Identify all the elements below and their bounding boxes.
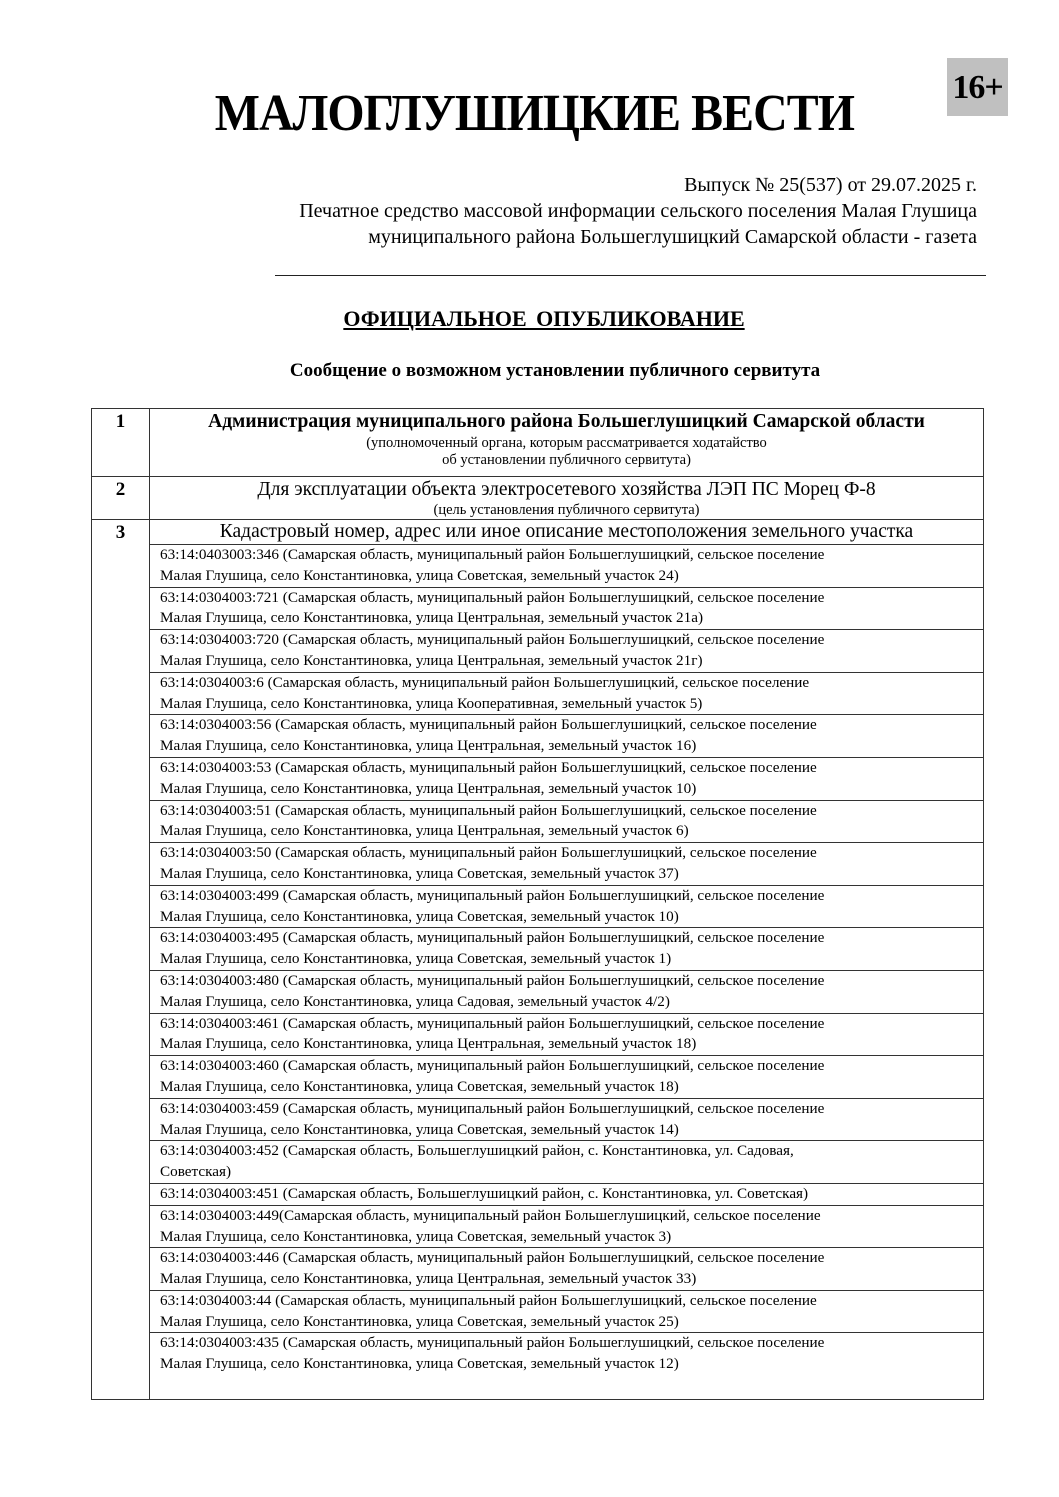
parcel-line-1: 63:14:0304003:6 (Самарская область, муни… xyxy=(160,673,983,694)
parcel-line-1: 63:14:0304003:44 (Самарская область, мун… xyxy=(160,1291,983,1312)
parcel-line-1: 63:14:0304003:460 (Самарская область, му… xyxy=(160,1056,983,1077)
parcel-line-1: 63:14:0304003:480 (Самарская область, му… xyxy=(160,971,983,992)
parcel-row: 63:14:0304003:449(Самарская область, мун… xyxy=(150,1206,983,1249)
table-row-purpose: 2 Для эксплуатации объекта электросетево… xyxy=(92,477,984,520)
notice-title: Сообщение о возможном установлении публи… xyxy=(0,360,1059,382)
parcel-line-1: 63:14:0304003:50 (Самарская область, мун… xyxy=(160,843,983,864)
parcel-line-2: Малая Глушица, село Константиновка, улиц… xyxy=(160,907,983,928)
parcel-line-2: Малая Глушица, село Константиновка, улиц… xyxy=(160,1312,983,1333)
authority-cell: Администрация муниципального района Боль… xyxy=(150,409,984,477)
parcels-header: Кадастровый номер, адрес или иное описан… xyxy=(150,520,983,545)
masthead-title: МАЛОГЛУШИЦКИЕ ВЕСТИ xyxy=(215,82,854,146)
issue-info: Выпуск № 25(537) от 29.07.2025 г. Печатн… xyxy=(299,172,977,250)
authority-note-2: об установлении публичного сервитута) xyxy=(150,452,983,469)
parcel-line-1: 63:14:0304003:452 (Самарская область, Бо… xyxy=(160,1141,983,1162)
parcel-line-2: Малая Глушица, село Константиновка, улиц… xyxy=(160,608,983,629)
parcel-row: 63:14:0304003:53 (Самарская область, мун… xyxy=(150,758,983,801)
parcel-line-2: Малая Глушица, село Константиновка, улиц… xyxy=(160,694,983,715)
row-number: 1 xyxy=(92,409,150,477)
parcel-row: 63:14:0304003:451 (Самарская область, Бо… xyxy=(150,1184,983,1206)
parcel-row: 63:14:0304003:721 (Самарская область, му… xyxy=(150,588,983,631)
table-row-parcels: 3 Кадастровый номер, адрес или иное опис… xyxy=(92,520,984,1400)
purpose-text: Для эксплуатации объекта электросетевого… xyxy=(150,477,983,502)
issue-number: Выпуск № 25(537) от 29.07.2025 г. xyxy=(299,172,977,198)
table-row-authority: 1 Администрация муниципального района Бо… xyxy=(92,409,984,477)
parcel-row: 63:14:0304003:495 (Самарская область, му… xyxy=(150,928,983,971)
parcel-row: 63:14:0403003:346 (Самарская область, му… xyxy=(150,545,983,588)
parcel-row: 63:14:0304003:461 (Самарская область, му… xyxy=(150,1014,983,1057)
servitude-notice-table: 1 Администрация муниципального района Бо… xyxy=(91,408,984,1400)
parcel-row: 63:14:0304003:446 (Самарская область, му… xyxy=(150,1248,983,1291)
parcel-row: 63:14:0304003:460 (Самарская область, му… xyxy=(150,1056,983,1099)
parcel-row: 63:14:0304003:50 (Самарская область, мун… xyxy=(150,843,983,886)
parcel-line-2: Малая Глушица, село Константиновка, улиц… xyxy=(160,1034,983,1055)
parcel-line-2: Малая Глушица, село Константиновка, улиц… xyxy=(160,566,983,587)
parcel-line-1: 63:14:0403003:346 (Самарская область, му… xyxy=(160,545,983,566)
parcel-line-1: 63:14:0304003:461 (Самарская область, му… xyxy=(160,1014,983,1035)
parcel-row: 63:14:0304003:435 (Самарская область, му… xyxy=(150,1333,983,1399)
publisher-line-2: муниципального района Большеглушицкий Са… xyxy=(299,224,977,250)
parcel-line-2: Малая Глушица, село Константиновка, улиц… xyxy=(160,779,983,800)
parcel-line-1: 63:14:0304003:449(Самарская область, мун… xyxy=(160,1206,983,1227)
age-rating-badge: 16+ xyxy=(947,58,1008,116)
row-number: 3 xyxy=(92,520,150,1400)
parcel-line-2: Советская) xyxy=(160,1162,983,1183)
section-title: ОФИЦИАЛЬНОЕ ОПУБЛИКОВАНИЕ xyxy=(0,306,1059,332)
parcel-row: 63:14:0304003:51 (Самарская область, мун… xyxy=(150,801,983,844)
parcel-row: 63:14:0304003:720 (Самарская область, му… xyxy=(150,630,983,673)
purpose-cell: Для эксплуатации объекта электросетевого… xyxy=(150,477,984,520)
parcel-line-2: Малая Глушица, село Константиновка, улиц… xyxy=(160,949,983,970)
parcel-line-1: 63:14:0304003:459 (Самарская область, му… xyxy=(160,1099,983,1120)
newspaper-masthead: МАЛОГЛУШИЦКИЕ ВЕСТИ xyxy=(0,82,1059,146)
parcel-row: 63:14:0304003:459 (Самарская область, му… xyxy=(150,1099,983,1142)
parcel-line-1: 63:14:0304003:446 (Самарская область, му… xyxy=(160,1248,983,1269)
authority-name: Администрация муниципального района Боль… xyxy=(150,409,983,435)
parcel-line-2: Малая Глушица, село Константиновка, улиц… xyxy=(160,1354,983,1375)
parcel-line-2: Малая Глушица, село Константиновка, улиц… xyxy=(160,1077,983,1098)
parcel-row: 63:14:0304003:480 (Самарская область, му… xyxy=(150,971,983,1014)
parcel-line-2: Малая Глушица, село Константиновка, улиц… xyxy=(160,992,983,1013)
parcel-line-2: Малая Глушица, село Константиновка, улиц… xyxy=(160,651,983,672)
parcel-line-1: 63:14:0304003:435 (Самарская область, му… xyxy=(160,1333,983,1354)
parcel-line-1: 63:14:0304003:495 (Самарская область, му… xyxy=(160,928,983,949)
purpose-note: (цель установления публичного сервитута) xyxy=(150,502,983,519)
authority-note-1: (уполномоченный органа, которым рассматр… xyxy=(150,435,983,452)
parcel-line-1: 63:14:0304003:499 (Самарская область, му… xyxy=(160,886,983,907)
parcel-row: 63:14:0304003:6 (Самарская область, муни… xyxy=(150,673,983,716)
parcel-line-2: Малая Глушица, село Константиновка, улиц… xyxy=(160,864,983,885)
parcel-line-2: Малая Глушица, село Константиновка, улиц… xyxy=(160,1227,983,1248)
parcel-row: 63:14:0304003:56 (Самарская область, мун… xyxy=(150,715,983,758)
row-number: 2 xyxy=(92,477,150,520)
parcel-line-1: 63:14:0304003:51 (Самарская область, мун… xyxy=(160,801,983,822)
parcel-line-1: 63:14:0304003:56 (Самарская область, мун… xyxy=(160,715,983,736)
publisher-line-1: Печатное средство массовой информации се… xyxy=(299,198,977,224)
parcel-line-2: Малая Глушица, село Константиновка, улиц… xyxy=(160,736,983,757)
parcel-line-1: 63:14:0304003:53 (Самарская область, мун… xyxy=(160,758,983,779)
header-divider xyxy=(275,275,986,276)
parcel-line-1: 63:14:0304003:721 (Самарская область, му… xyxy=(160,588,983,609)
parcel-line-1: 63:14:0304003:720 (Самарская область, му… xyxy=(160,630,983,651)
parcel-row: 63:14:0304003:499 (Самарская область, му… xyxy=(150,886,983,929)
parcel-line-1: 63:14:0304003:451 (Самарская область, Бо… xyxy=(160,1184,983,1205)
parcel-row: 63:14:0304003:452 (Самарская область, Бо… xyxy=(150,1141,983,1184)
parcel-list: 63:14:0403003:346 (Самарская область, му… xyxy=(150,545,983,1399)
parcels-cell: Кадастровый номер, адрес или иное описан… xyxy=(150,520,984,1400)
parcel-line-2: Малая Глушица, село Константиновка, улиц… xyxy=(160,821,983,842)
parcel-line-2: Малая Глушица, село Константиновка, улиц… xyxy=(160,1269,983,1290)
parcel-line-2: Малая Глушица, село Константиновка, улиц… xyxy=(160,1120,983,1141)
parcel-row: 63:14:0304003:44 (Самарская область, мун… xyxy=(150,1291,983,1334)
